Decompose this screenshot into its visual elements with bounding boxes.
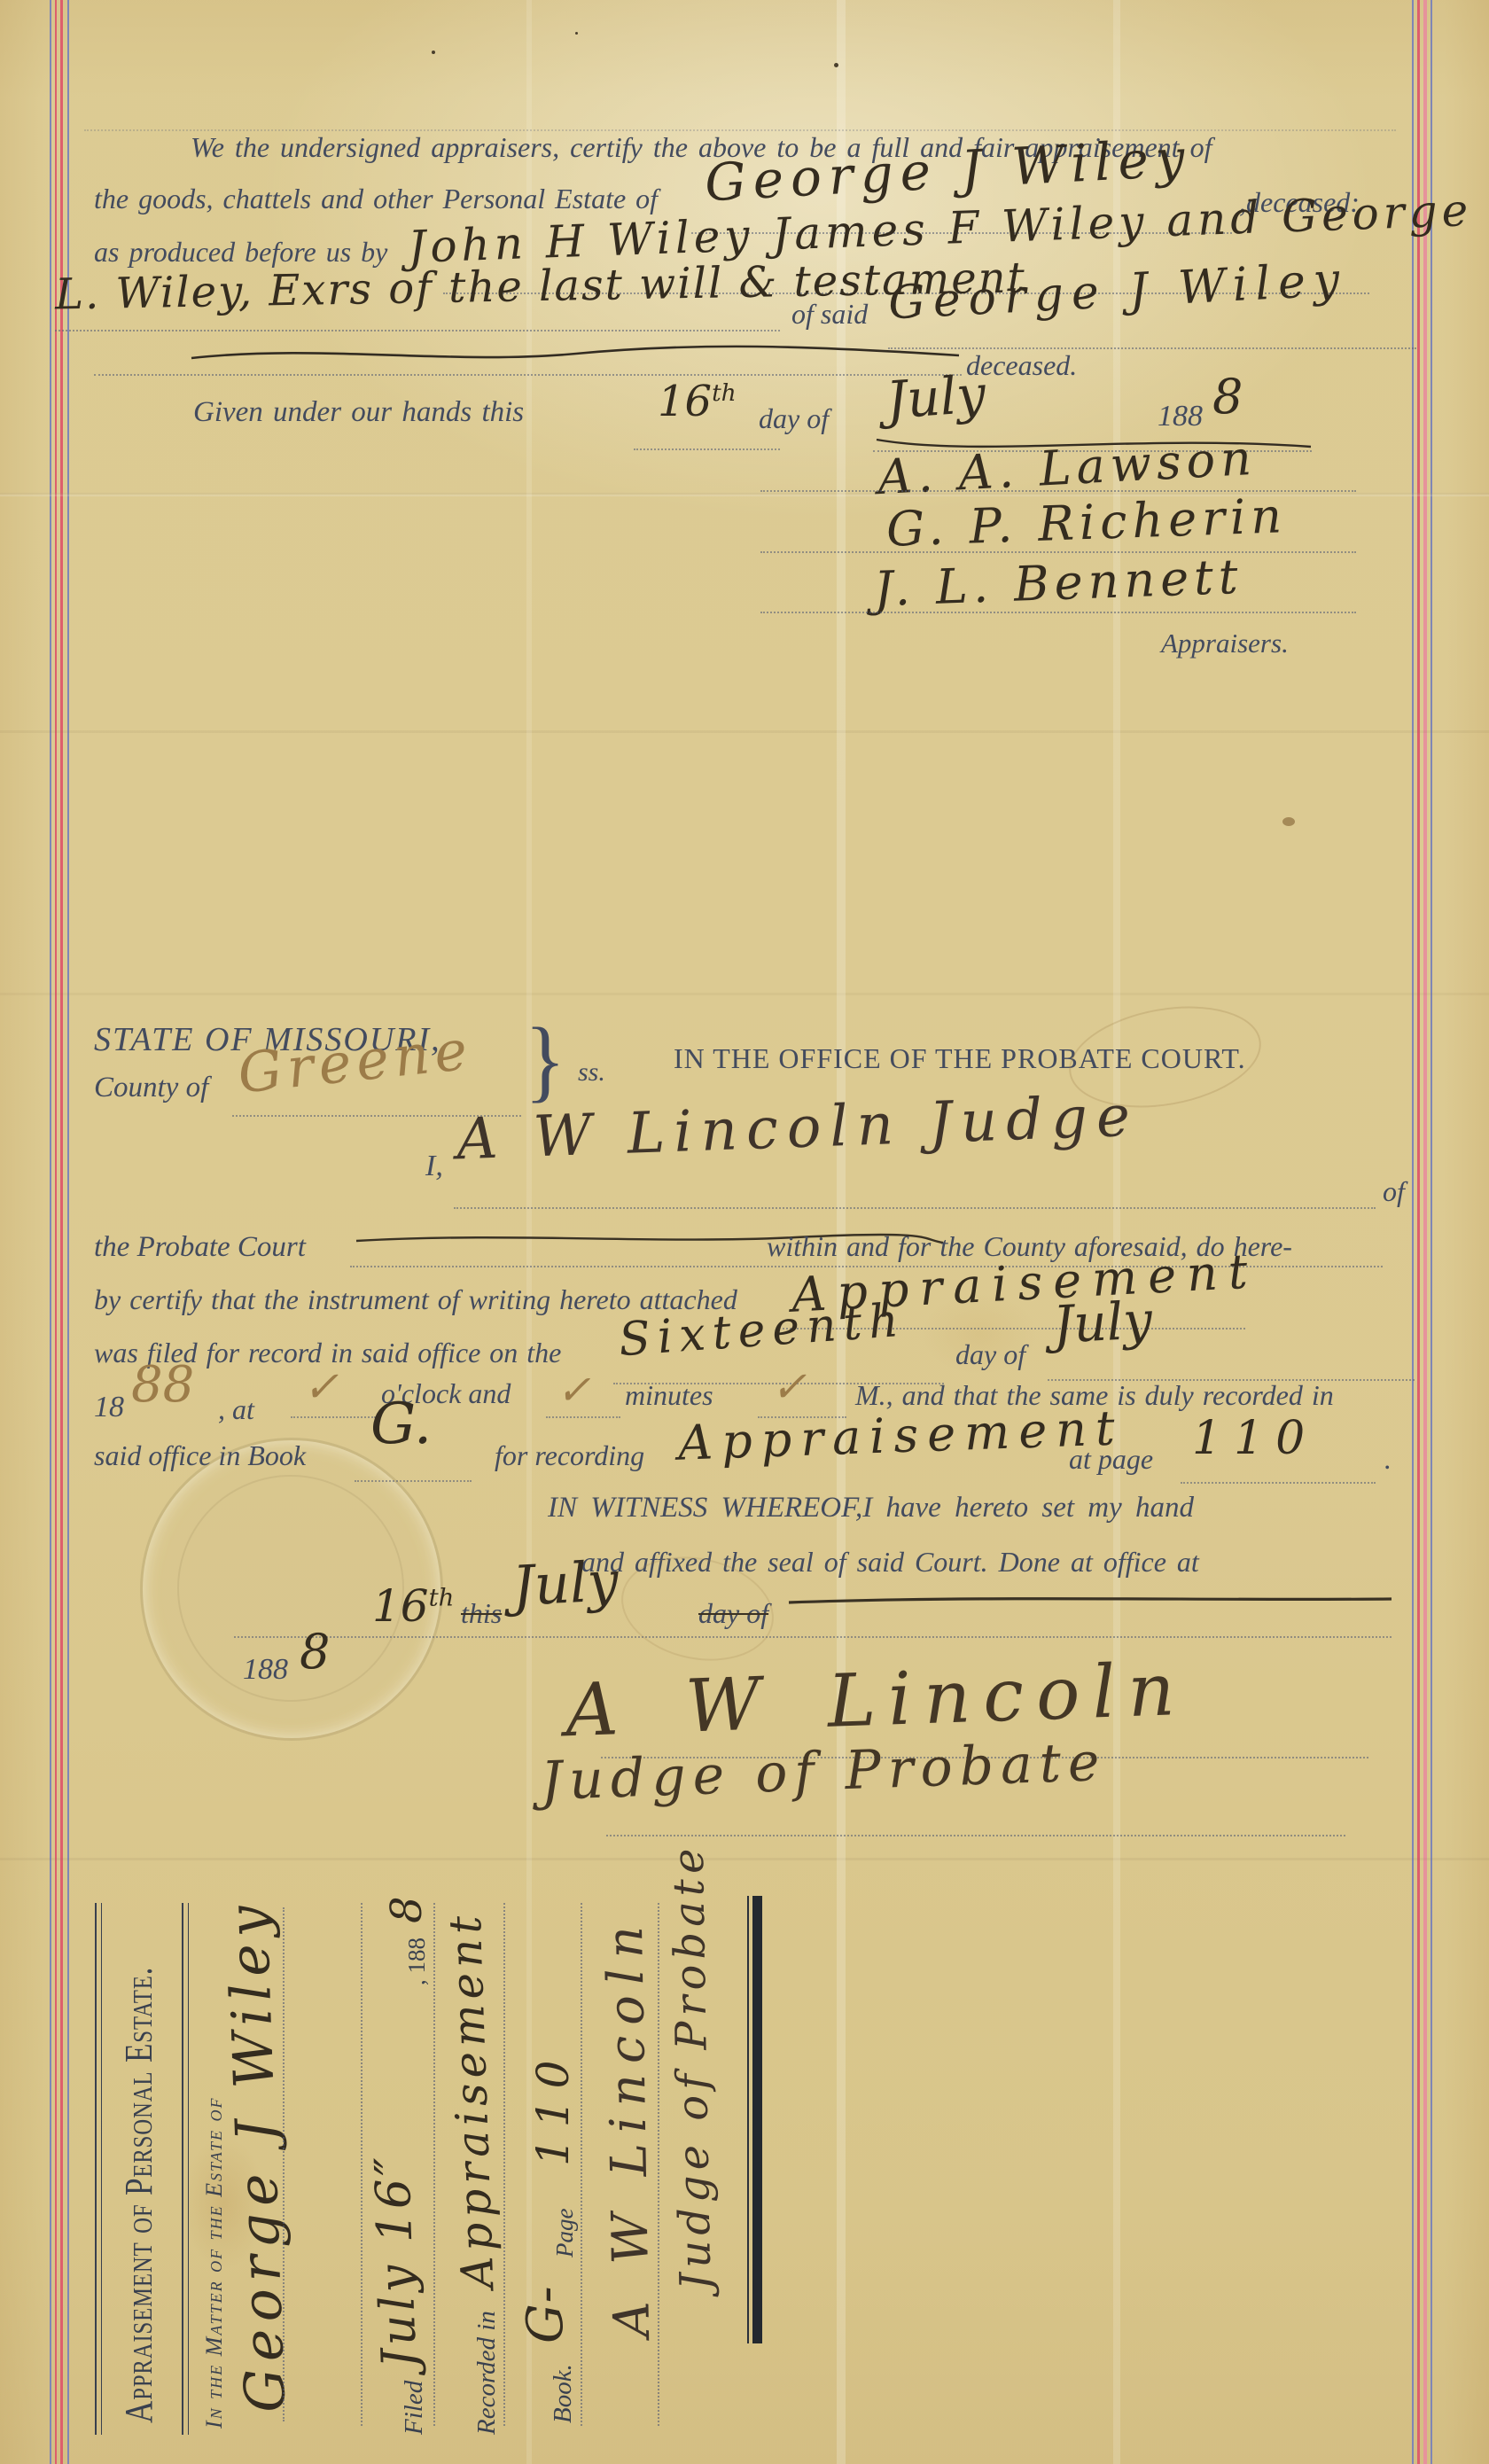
signature-line	[760, 612, 1356, 613]
docket-end-thick-bar	[752, 1896, 762, 2343]
for-recording-label: for recording	[495, 1441, 644, 1471]
embossed-court-seal-inner-ring	[177, 1475, 404, 1702]
day-of-label: day of	[759, 404, 829, 434]
right-margin-red-rule	[1417, 0, 1420, 2464]
appraiser-signature-3: J. L. Bennett	[873, 552, 1243, 615]
fill-in-blank-line	[634, 448, 780, 450]
docket-recorded-label: Recorded in	[472, 2311, 502, 2435]
docket-recorded-value-handwritten: Appraisement	[440, 1910, 504, 2289]
done-day-number: 16	[372, 1580, 429, 1632]
ss-abbreviation: ss.	[578, 1058, 605, 1087]
of-label: of	[1383, 1177, 1405, 1207]
ink-fleck	[1282, 817, 1295, 826]
page-number-handwritten: 110	[1192, 1415, 1317, 1463]
given-day-handwritten: 16th	[658, 379, 737, 424]
right-margin-blue-rule-2	[1431, 0, 1432, 2464]
done-day-suffix: th	[429, 1583, 455, 1611]
left-margin-blue-rule	[50, 0, 51, 2464]
docket-ruled-line	[581, 1903, 582, 2426]
book-letter-handwritten: G.	[370, 1395, 432, 1454]
docket-title: Appraisement of Personal Estate.	[116, 1967, 161, 2423]
given-year-digit-handwritten: 8	[1212, 372, 1243, 423]
fill-in-blank-line	[55, 330, 780, 331]
docket-ruled-line	[658, 1903, 659, 2426]
recording-type-handwritten: Appraisement	[677, 1403, 1124, 1469]
docket-page-label: Page	[551, 2209, 579, 2257]
fill-in-blank-line	[355, 1480, 472, 1482]
book-line-label: said office in Book	[94, 1441, 306, 1471]
appraisers-label: Appraisers.	[1161, 629, 1289, 659]
ink-fleck	[575, 32, 578, 35]
paper-fold-crease	[0, 993, 1489, 995]
left-margin-red-rule-2	[60, 0, 63, 2464]
fill-in-blank-line	[94, 374, 962, 376]
minutes-label: minutes	[625, 1381, 713, 1411]
fill-in-blank-line	[234, 1636, 1392, 1638]
day-of-label-2: day of	[955, 1340, 1025, 1370]
filed-month-handwritten: July	[1051, 1293, 1153, 1353]
county-of-label: County of	[94, 1072, 208, 1103]
docket-double-rule-top	[95, 1903, 102, 2435]
certificate-line-2: the goods, chattels and other Personal E…	[94, 184, 658, 214]
certify-line: by certify that the instrument of writin…	[94, 1285, 737, 1315]
probate-court-label: the Probate Court	[94, 1232, 306, 1263]
i-comma-label: I,	[425, 1150, 443, 1182]
right-margin-pink-rule	[1423, 0, 1427, 2464]
ink-fleck	[834, 63, 838, 67]
signature-line	[760, 551, 1356, 553]
comma-at-label: , at	[218, 1395, 254, 1425]
given-month-handwritten: July	[885, 367, 987, 428]
docket-panel: Appraisement of Personal Estate. In the …	[93, 1885, 768, 2448]
fill-in-blank-line	[454, 1207, 1376, 1209]
at-page-label: at page	[1069, 1445, 1153, 1475]
witness-line-1: IN WITNESS WHEREOF,I have hereto set my …	[548, 1493, 1194, 1524]
fill-in-blank-line	[546, 1416, 620, 1418]
docket-filed-date-handwritten: July 16″	[364, 2153, 427, 2369]
certificate-line-3: as produced before us by	[94, 238, 387, 268]
docket-ruled-line	[361, 1903, 363, 2426]
appraiser-signature-2: G. P. Richerin	[885, 491, 1288, 555]
year-digits-handwritten: 88	[131, 1360, 194, 1412]
paper-fold-crease	[0, 1858, 1489, 1860]
given-under-hands-label: Given under our hands this	[193, 397, 524, 428]
docket-ruled-line	[503, 1903, 505, 2426]
given-day-suffix: th	[712, 379, 737, 407]
scanned-probate-document: We the undersigned appraisers, certify t…	[0, 0, 1489, 2464]
right-margin-blue-rule	[1412, 0, 1414, 2464]
signature-line	[606, 1835, 1345, 1836]
docket-clerk-title-handwritten: Judge of Probate	[664, 1843, 721, 2290]
done-year-printed: 188	[243, 1654, 288, 1686]
left-margin-blue-rule-2	[67, 0, 69, 2464]
docket-filed-year-digit-handwritten: 8	[382, 1896, 432, 1923]
fill-in-blank-line	[291, 1416, 376, 1418]
left-margin-red-rule	[55, 0, 57, 2464]
checkmark-meridiem: ✓	[771, 1365, 807, 1409]
given-year-printed: 188	[1158, 401, 1203, 433]
docket-book-label: Book.	[549, 2364, 578, 2423]
docket-book-value-handwritten: G-	[517, 2286, 574, 2343]
docket-clerk-signature-handwritten: A W Lincoln	[596, 1915, 661, 2338]
docket-filed-label: Filed	[400, 2381, 429, 2435]
period-mark: .	[1384, 1445, 1392, 1475]
checkmark-minutes: ✓	[557, 1368, 591, 1411]
fill-in-blank-line	[1181, 1482, 1376, 1484]
docket-ruled-line	[433, 1903, 435, 2426]
docket-page-value-handwritten: 110	[527, 2050, 579, 2166]
checkmark-hour: ✓	[303, 1365, 339, 1409]
of-said-label: of said	[791, 300, 868, 330]
docket-ruled-line	[283, 1907, 285, 2421]
ink-fleck	[432, 51, 435, 54]
brace-glyph: }	[525, 1012, 565, 1109]
docket-end-thin-rule	[747, 1896, 749, 2343]
struck-this-word: this	[461, 1599, 502, 1629]
docket-rotated-content: Appraisement of Personal Estate. In the …	[93, 1885, 768, 2448]
done-year-digit-handwritten: 8	[300, 1627, 330, 1678]
year-printed: 18	[94, 1392, 124, 1423]
done-day-handwritten: 16th	[372, 1583, 454, 1630]
done-month-handwritten: July	[511, 1552, 620, 1615]
paper-fold-crease	[0, 730, 1489, 733]
docket-filed-year-printed: , 188	[403, 1938, 431, 1985]
ink-stroke	[186, 342, 966, 365]
given-day-number: 16	[658, 377, 712, 426]
docket-double-rule-bottom	[182, 1903, 189, 2435]
ink-stroke	[785, 1592, 1395, 1608]
